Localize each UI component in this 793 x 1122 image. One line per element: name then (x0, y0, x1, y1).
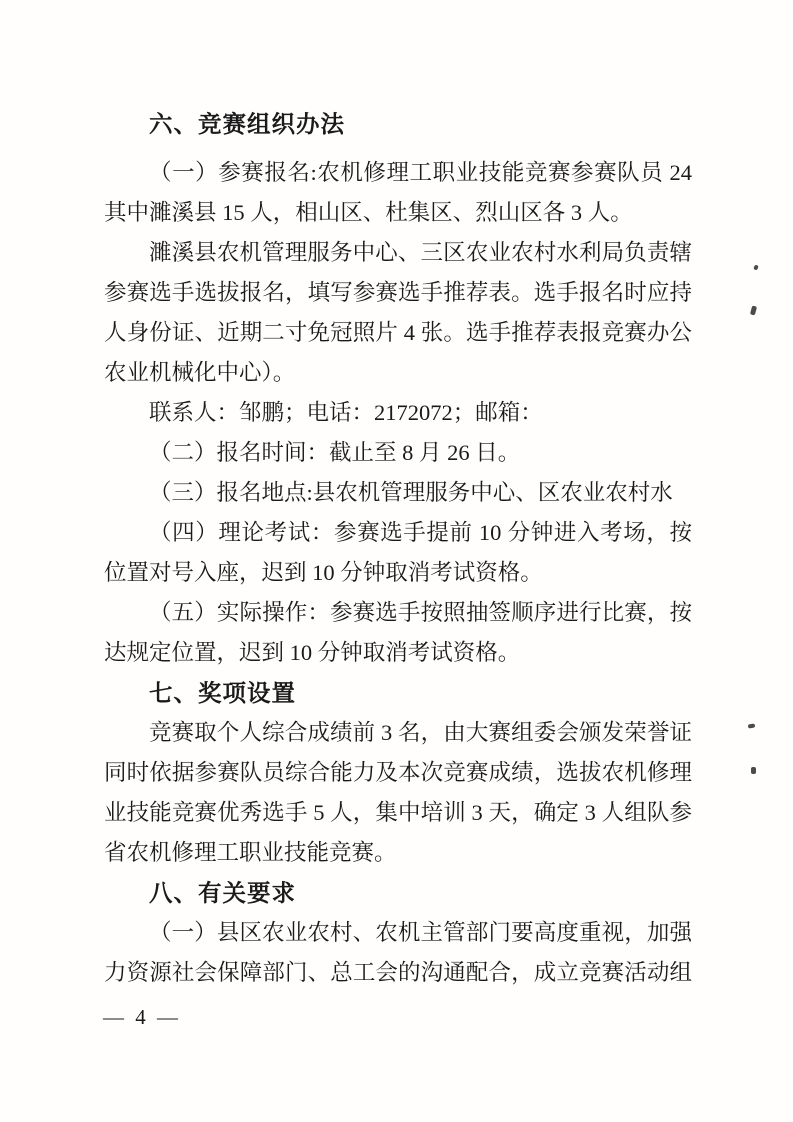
paragraph: 联系人：邹鹏；电话：2172072；邮箱：hbsnjglz@126.com (104, 393, 692, 433)
paragraph: （一）参赛报名:农机修理工职业技能竞赛参赛队员 24 人，其中濉溪县 15 人，… (104, 153, 692, 233)
text-line: （一）参赛报名:农机修理工职业技能竞赛参赛队员 24 人， (104, 153, 692, 193)
text-line: 业技能竞赛优秀选手 5 人，集中培训 3 天，确定 3 人组队参加全 (104, 793, 692, 833)
text-line: （二）报名时间：截止至 8 月 26 日。 (104, 433, 692, 473)
text-line: （四）理论考试：参赛选手提前 10 分钟进入考场，按指定 (104, 513, 692, 553)
section-heading: 七、奖项设置 (104, 673, 692, 713)
paragraph: （四）理论考试：参赛选手提前 10 分钟进入考场，按指定位置对号入座，迟到 10… (104, 513, 692, 593)
text-line: 同时依据参赛队员综合能力及本次竞赛成绩，选拔农机修理工职 (104, 753, 692, 793)
paragraph: （三）报名地点:县农机管理服务中心、区农业农村水利局。 (104, 473, 692, 513)
section-heading: 八、有关要求 (104, 873, 692, 913)
text-line: 省农机修理工职业技能竞赛。 (104, 833, 692, 873)
text-line: 力资源社会保障部门、总工会的沟通配合，成立竞赛活动组委会， (104, 953, 692, 993)
paragraph: 竞赛取个人综合成绩前 3 名，由大赛组委会颁发荣誉证书。同时依据参赛队员综合能力… (104, 713, 692, 873)
text-line: 位置对号入座，迟到 10 分钟取消考试资格。 (104, 553, 692, 593)
text-line: 农业机械化中心）。 (104, 353, 692, 393)
text-line: 参赛选手选拔报名，填写参赛选手推荐表。选手报名时应持有本 (104, 273, 692, 313)
text-line: （一）县区农业农村、农机主管部门要高度重视，加强与人 (104, 913, 692, 953)
text-line: （五）实际操作：参赛选手按照抽签顺序进行比赛，按时到 (104, 593, 692, 633)
paragraph: （一）县区农业农村、农机主管部门要高度重视，加强与人力资源社会保障部门、总工会的… (104, 913, 692, 993)
scan-artifact (751, 767, 756, 774)
text-line: 濉溪县农机管理服务中心、三区农业农村水利局负责辖区内 (104, 233, 692, 273)
paragraph: （五）实际操作：参赛选手按照抽签顺序进行比赛，按时到达规定位置，迟到 10 分钟… (104, 593, 692, 673)
text-line: 达规定位置，迟到 10 分钟取消考试资格。 (104, 633, 692, 673)
document-body: 六、竞赛组织办法（一）参赛报名:农机修理工职业技能竞赛参赛队员 24 人，其中濉… (104, 104, 692, 993)
page-number: — 4 — (103, 1002, 181, 1032)
scan-artifact (750, 306, 757, 316)
paragraph: 濉溪县农机管理服务中心、三区农业农村水利局负责辖区内参赛选手选拔报名，填写参赛选… (104, 233, 692, 393)
paragraph: （二）报名时间：截止至 8 月 26 日。 (104, 433, 692, 473)
scan-artifact (748, 723, 756, 728)
section-heading: 六、竞赛组织办法 (104, 104, 692, 144)
text-line: 人身份证、近期二寸免冠照片 4 张。选手推荐表报竞赛办公室（市 (104, 313, 692, 353)
text-line: 联系人：邹鹏；电话：2172072；邮箱：hbsnjglz@126.com (104, 393, 692, 433)
document-page: 六、竞赛组织办法（一）参赛报名:农机修理工职业技能竞赛参赛队员 24 人，其中濉… (0, 0, 793, 1122)
text-line: 其中濉溪县 15 人，相山区、杜集区、烈山区各 3 人。 (104, 193, 692, 233)
scan-artifact (753, 264, 758, 270)
text-line: （三）报名地点:县农机管理服务中心、区农业农村水利局。 (104, 473, 692, 513)
text-line: 竞赛取个人综合成绩前 3 名，由大赛组委会颁发荣誉证书。 (104, 713, 692, 753)
